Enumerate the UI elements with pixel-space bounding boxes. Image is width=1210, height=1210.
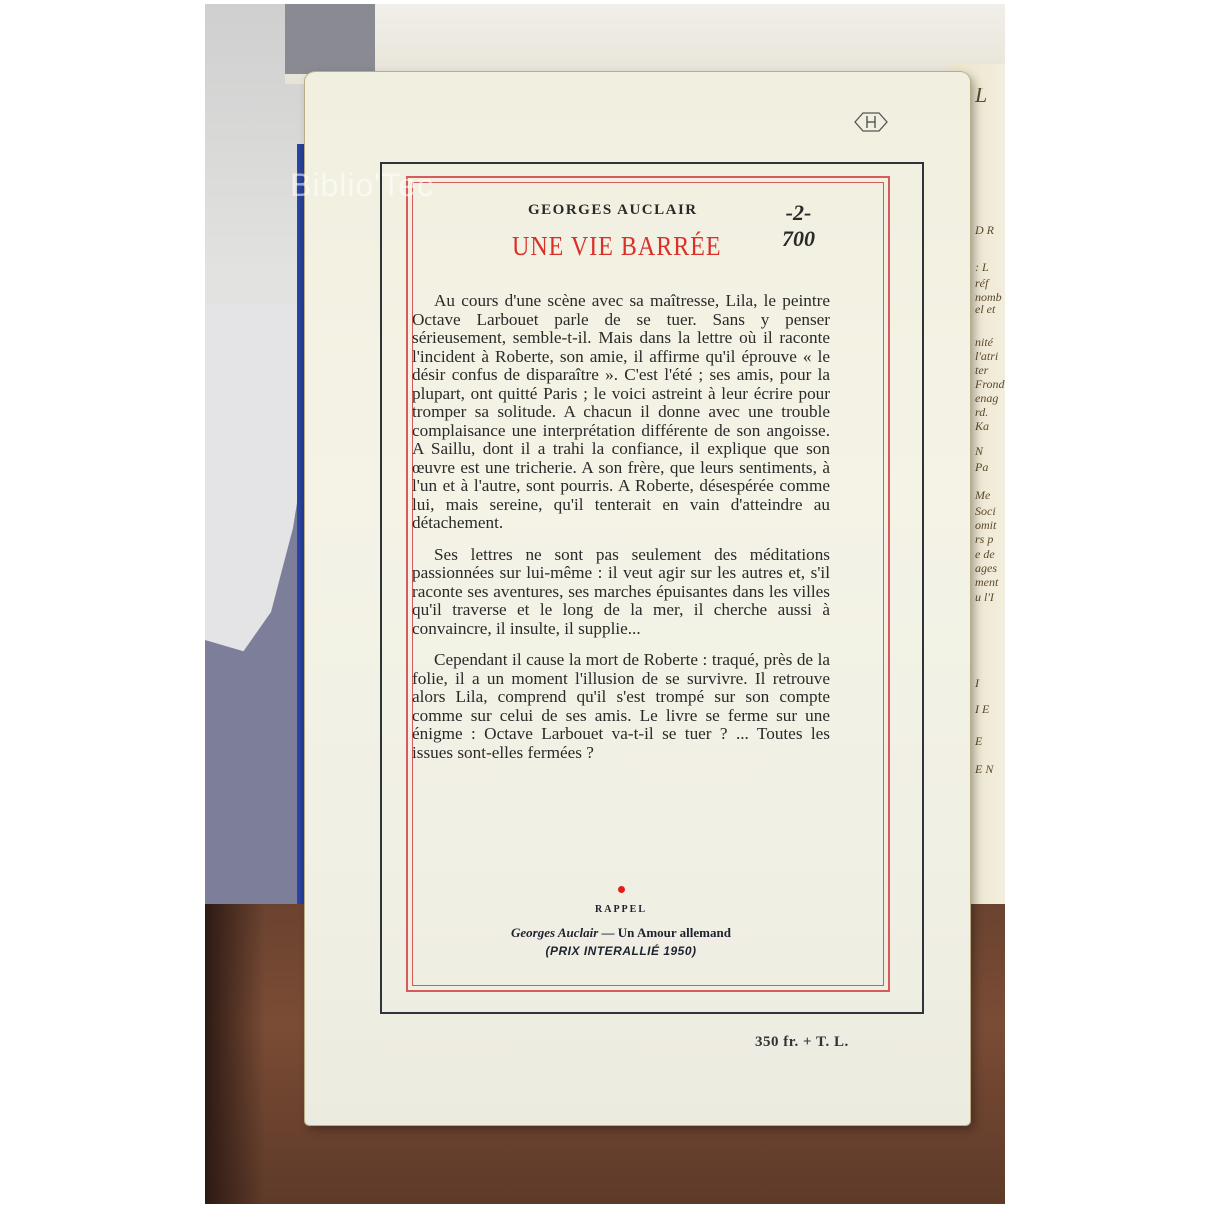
table-shadow [205, 904, 265, 1204]
watermark: Biblio'Tec [290, 167, 434, 204]
photo: LD R: Lréfnombel etnitél'atriterFrondena… [205, 4, 1005, 1204]
red-dot-ornament [618, 886, 625, 893]
background-page-fragment: : L [975, 260, 1005, 274]
background-page-fragment: E N [975, 762, 1005, 776]
reminder-author: Georges Auclair [511, 925, 598, 940]
book-back-cover: GEORGES AUCLAIR UNE VIE BARRÉE -2- 700 A… [305, 72, 970, 1125]
publisher-diamond-h-icon [853, 104, 889, 140]
background-page-fragment: Soci [975, 504, 1005, 518]
reminder-work: Un Amour allemand [618, 925, 731, 940]
background-page-fragment: el et [975, 302, 1005, 316]
background-page-fragment: rd. [975, 405, 1005, 419]
author-name: GEORGES AUCLAIR [528, 202, 698, 219]
handwritten-note: -2- 700 [782, 200, 815, 252]
blurb-paragraph: Au cours d'une scène avec sa maîtresse, … [412, 292, 830, 533]
background-page-fragment: E [975, 734, 1005, 748]
background-page-fragment: enag [975, 391, 1005, 405]
handwritten-line: 700 [782, 226, 815, 252]
price-label: 350 fr. + T. L. [755, 1034, 849, 1051]
blurb-paragraph: Cependant il cause la mort de Roberte : … [412, 651, 830, 762]
background-page-fragment: l'atri [975, 349, 1005, 363]
background-page-fragment: omit [975, 518, 1005, 532]
background-page-fragment: Pa [975, 460, 1005, 474]
rappel-heading: RAPPEL [412, 904, 830, 915]
background-page-fragment: ages [975, 561, 1005, 575]
background-top-grey [285, 4, 375, 74]
book-title: UNE VIE BARRÉE [512, 232, 722, 263]
background-page-fragment: ter [975, 363, 1005, 377]
background-page-fragment: nité [975, 335, 1005, 349]
background-page-fragment: Me [975, 488, 1005, 502]
background-page-fragment: rs p [975, 532, 1005, 546]
reminder-separator: — [598, 925, 618, 940]
background-page-fragment: I E [975, 702, 1005, 716]
background-page-fragment: u l'I [975, 590, 1005, 604]
blurb: Au cours d'une scène avec sa maîtresse, … [412, 292, 830, 775]
blurb-paragraph: Ses lettres ne sont pas seulement des mé… [412, 546, 830, 639]
background-page-fragment: I [975, 676, 1005, 690]
reminder-prize: (PRIX INTERALLIÉ 1950) [412, 944, 830, 958]
background-page-fragment: réf [975, 276, 1005, 290]
background-page-fragment: L [975, 88, 1005, 102]
handwritten-line: -2- [782, 200, 815, 226]
background-page-fragment: ment [975, 575, 1005, 589]
background-page-fragment: Ka [975, 419, 1005, 433]
background-page-fragment: D R [975, 223, 1005, 237]
background-page-fragment: e de [975, 547, 1005, 561]
background-page-fragment: N [975, 444, 1005, 458]
background-page-fragment: Frond [975, 377, 1005, 391]
reminder-line: Georges Auclair — Un Amour allemand [412, 925, 830, 941]
outer-black-frame: GEORGES AUCLAIR UNE VIE BARRÉE -2- 700 A… [380, 162, 924, 1014]
